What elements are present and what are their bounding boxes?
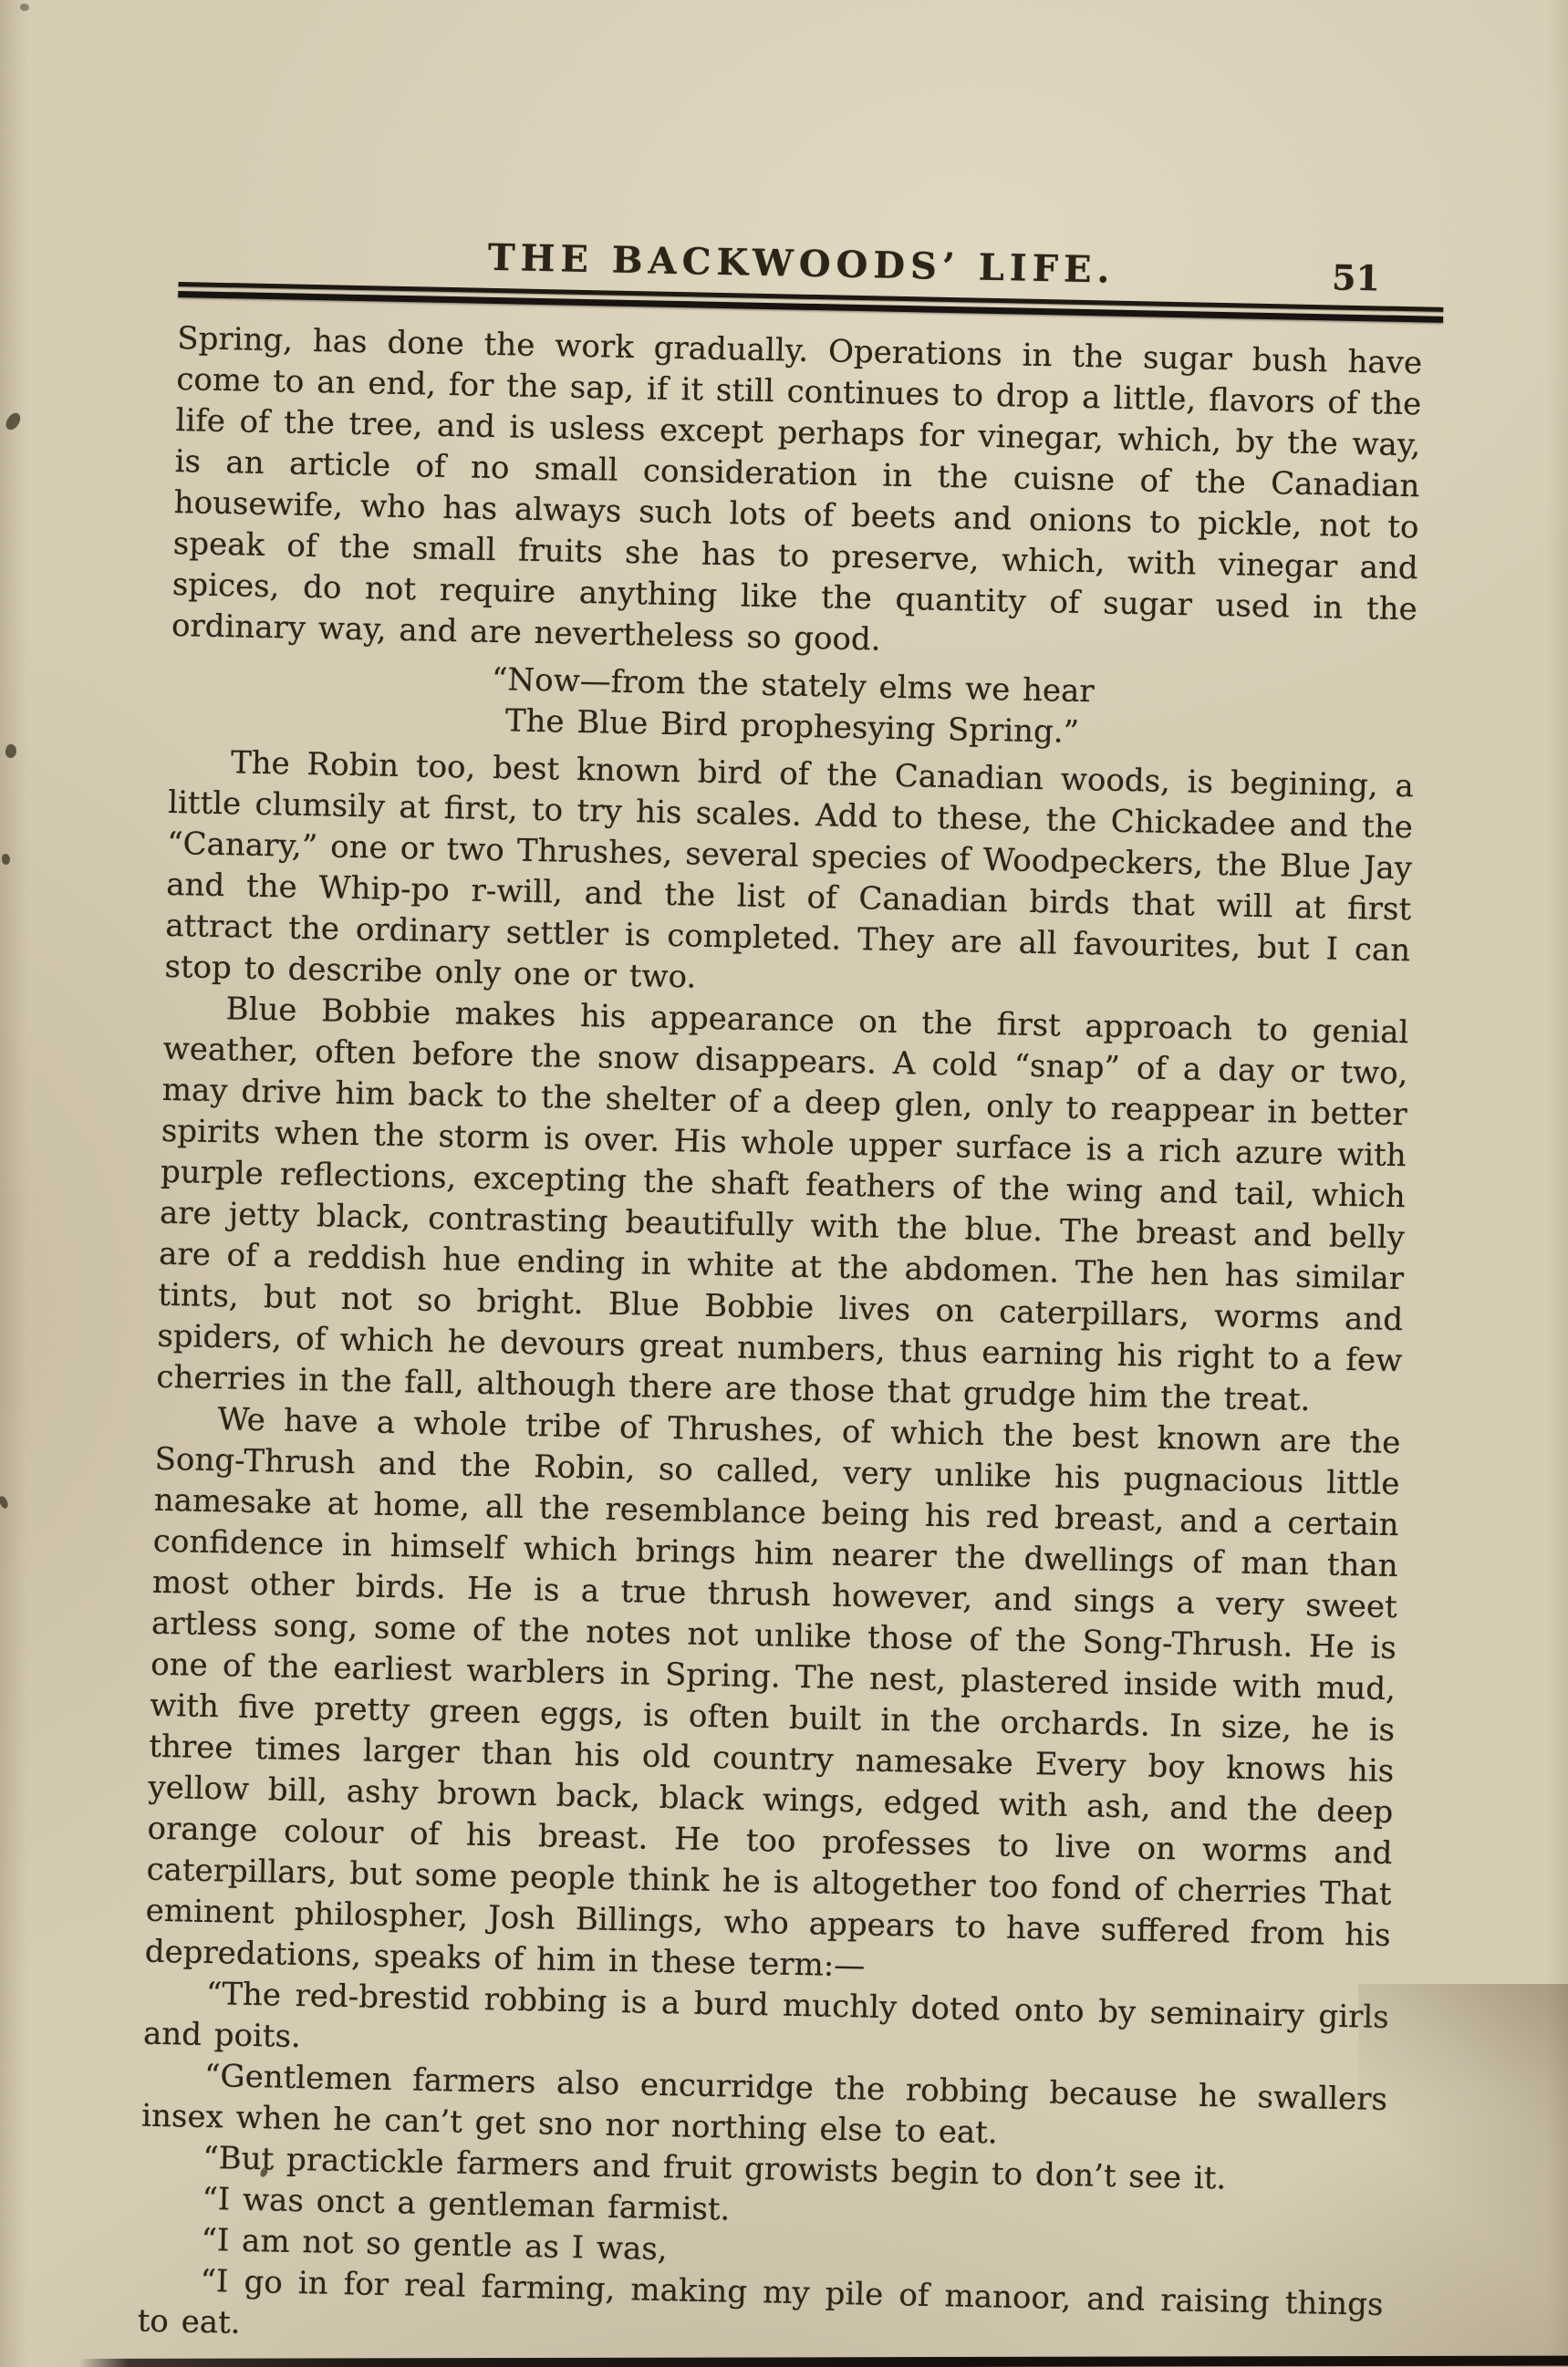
verse-quote: “Now—from the stately elms we hear The B… bbox=[170, 653, 1417, 760]
paragraph: Spring, has done the work gradually. Ope… bbox=[171, 318, 1423, 671]
scan-speck bbox=[4, 743, 17, 760]
page-number: 51 bbox=[1332, 257, 1381, 298]
paragraph: We have a whole tribe of Thrushes, of wh… bbox=[144, 1398, 1400, 1998]
scan-speck bbox=[3, 410, 24, 432]
page-corner-shadow bbox=[1358, 1984, 1568, 2367]
body-text: Spring, has done the work gradually. Ope… bbox=[137, 318, 1422, 2367]
scan-speck bbox=[2, 854, 10, 865]
paragraph: Blue Bobbie makes his appearance on the … bbox=[156, 988, 1409, 1423]
paragraph: The Robin too, best known bird of the Ca… bbox=[164, 742, 1414, 1012]
scanner-bottom-edge bbox=[78, 2356, 1568, 2367]
book-page: THE BACKWOODS’ LIFE. 51 Spring, has done… bbox=[0, 0, 1568, 2367]
scan-speck bbox=[0, 1495, 9, 1510]
page-content: THE BACKWOODS’ LIFE. 51 Spring, has done… bbox=[137, 0, 1428, 2367]
scan-speck bbox=[20, 4, 29, 11]
